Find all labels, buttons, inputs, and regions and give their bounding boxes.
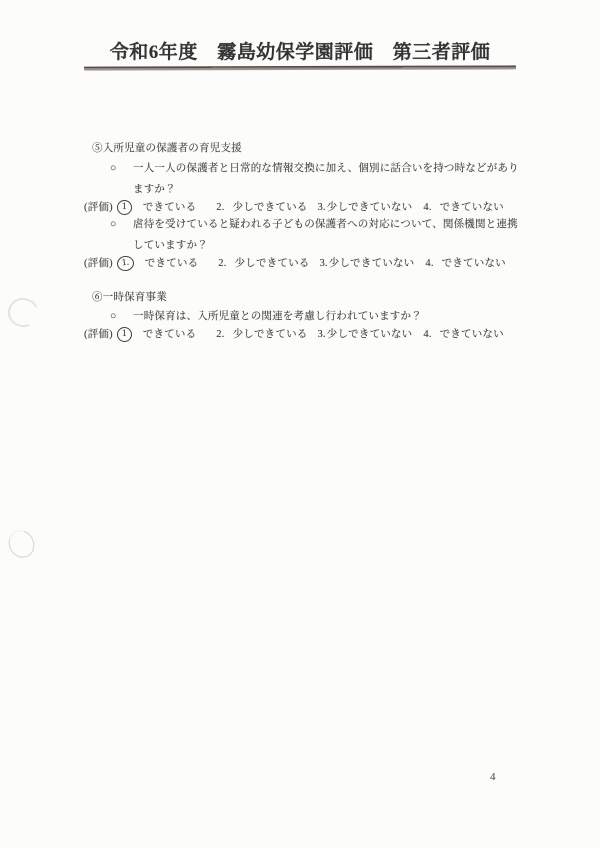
section-heading-6: ⑥一時保育事業	[92, 291, 167, 305]
rating-option-2-num: 2.	[216, 200, 224, 215]
rating-option-3: 少しできていない	[327, 327, 413, 342]
rating-line: (評価) 1 できている 2. 少しできている 3. 少しできていない 4. で…	[84, 200, 504, 215]
rating-option-4: できていない	[440, 327, 504, 342]
rating-option-3-num: 3.	[319, 256, 327, 271]
rating-option-3: 少しできていない	[329, 256, 415, 271]
rating-option-4-num: 4.	[423, 200, 431, 215]
circle-bullet-icon: ○	[110, 218, 117, 232]
document-title: 令和6年度 霧島幼保学園評価 第三者評価	[0, 37, 600, 64]
rating-option-3: 少しできていない	[327, 200, 413, 215]
circle-bullet-icon: ○	[110, 310, 117, 324]
rating-option-1: できている	[143, 327, 197, 342]
scanned-page: 令和6年度 霧島幼保学園評価 第三者評価 ⑤入所児童の保護者の育児支援 ○ 一人…	[0, 0, 600, 848]
rating-option-3-num: 3.	[317, 327, 325, 342]
rating-option-4: できていない	[442, 256, 506, 271]
rating-option-4-num: 4.	[425, 256, 433, 271]
rating-option-4-num: 4.	[423, 327, 431, 342]
title-underline	[84, 65, 516, 70]
scan-smudge	[4, 293, 43, 331]
question-text-continued: ますか？	[133, 183, 176, 197]
selected-rating-circle: 1.	[116, 255, 135, 272]
rating-label: (評価)	[84, 327, 113, 342]
rating-option-4: できていない	[440, 200, 504, 215]
rating-option-2-num: 2.	[218, 256, 226, 271]
rating-option-2: 少しできている	[233, 200, 308, 215]
rating-option-1: できている	[143, 200, 197, 215]
rating-option-1: できている	[145, 256, 199, 271]
rating-label: (評価)	[84, 256, 113, 271]
rating-option-2: 少しできている	[235, 256, 310, 271]
selected-rating-circle: 1	[117, 327, 132, 342]
question-text: 一人一人の保護者と日常的な情報交換に加え、個別に話合いを持つ時などがあり	[133, 162, 519, 176]
question-text: 一時保育は、入所児童との関連を考慮し行われていますか？	[133, 310, 422, 324]
rating-line: (評価) 1. できている 2. 少しできている 3. 少しできていない 4. …	[84, 256, 506, 271]
rating-option-2-num: 2.	[216, 327, 224, 342]
page-number: 4	[490, 771, 496, 783]
question-text-continued: していますか？	[133, 239, 208, 253]
selected-rating-circle: 1	[117, 200, 132, 215]
question-text: 虐待を受けていると疑われる子どもの保護者への対応について、関係機関と連携	[133, 218, 518, 232]
section-heading-5: ⑤入所児童の保護者の育児支援	[92, 142, 242, 156]
scan-smudge	[4, 526, 39, 562]
rating-option-3-num: 3.	[317, 200, 325, 215]
circle-bullet-icon: ○	[110, 162, 117, 176]
rating-label: (評価)	[84, 200, 113, 215]
rating-option-2: 少しできている	[233, 327, 308, 342]
rating-line: (評価) 1 できている 2. 少しできている 3. 少しできていない 4. で…	[84, 327, 504, 342]
